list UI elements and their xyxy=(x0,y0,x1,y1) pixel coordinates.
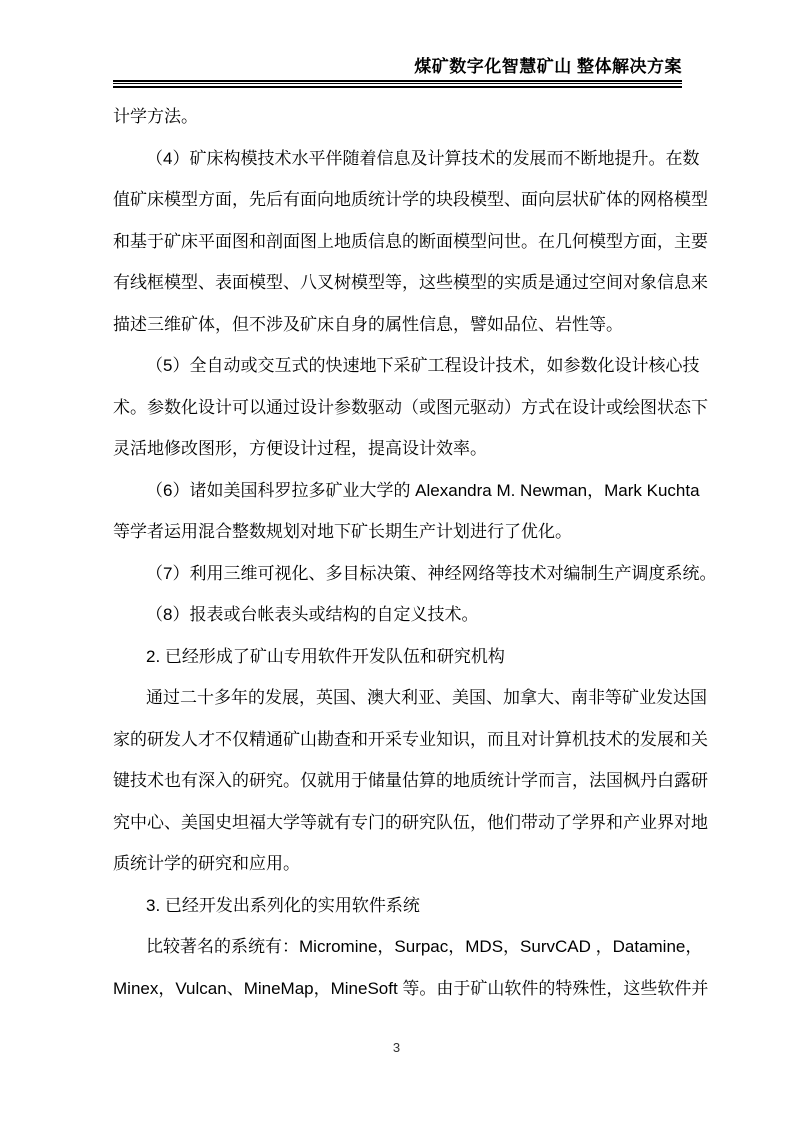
body-line: 键技术也有深入的研究。仅就用于储量估算的地质统计学而言，法国枫丹白露研 xyxy=(113,760,682,802)
body-line: 灵活地修改图形，方便设计过程，提高设计效率。 xyxy=(113,428,682,470)
body-line: 比较著名的系统有：Micromine，Surpac，MDS，SurvCAD ，D… xyxy=(113,926,682,968)
body-line: 计学方法。 xyxy=(113,96,682,138)
body-line: （7）利用三维可视化、多目标决策、神经网络等技术对编制生产调度系统。 xyxy=(113,553,682,595)
document-page: 煤矿数字化智慧矿山 整体解决方案 计学方法。（4）矿床构模技术水平伴随着信息及计… xyxy=(0,0,793,1122)
body-line: 2. 已经形成了矿山专用软件开发队伍和研究机构 xyxy=(113,636,682,678)
page-number: 3 xyxy=(393,1040,400,1055)
document-body: 计学方法。（4）矿床构模技术水平伴随着信息及计算技术的发展而不断地提升。在数值矿… xyxy=(113,96,682,1009)
body-line: 等学者运用混合整数规划对地下矿长期生产计划进行了优化。 xyxy=(113,511,682,553)
page-footer: 3 xyxy=(0,1040,793,1055)
body-line: （8）报表或台帐表头或结构的自定义技术。 xyxy=(113,594,682,636)
body-line: 值矿床模型方面，先后有面向地质统计学的块段模型、面向层状矿体的网格模型 xyxy=(113,179,682,221)
body-line: 质统计学的研究和应用。 xyxy=(113,843,682,885)
body-line: 术。参数化设计可以通过设计参数驱动（或图元驱动）方式在设计或绘图状态下 xyxy=(113,387,682,429)
body-line: 究中心、美国史坦福大学等就有专门的研究队伍，他们带动了学界和产业界对地 xyxy=(113,802,682,844)
body-line: 3. 已经开发出系列化的实用软件系统 xyxy=(113,885,682,927)
body-line: 有线框模型、表面模型、八叉树模型等，这些模型的实质是通过空间对象信息来 xyxy=(113,262,682,304)
body-line: （4）矿床构模技术水平伴随着信息及计算技术的发展而不断地提升。在数 xyxy=(113,138,682,180)
body-line: 家的研发人才不仅精通矿山勘查和开采专业知识，而且对计算机技术的发展和关 xyxy=(113,719,682,761)
body-line: （6）诸如美国科罗拉多矿业大学的 Alexandra M. Newman，Mar… xyxy=(113,470,682,512)
header-title: 煤矿数字化智慧矿山 整体解决方案 xyxy=(113,52,682,77)
body-line: 通过二十多年的发展，英国、澳大利亚、美国、加拿大、南非等矿业发达国 xyxy=(113,677,682,719)
body-line: （5）全自动或交互式的快速地下采矿工程设计技术，如参数化设计核心技 xyxy=(113,345,682,387)
body-line: Minex，Vulcan、MineMap，MineSoft 等。由于矿山软件的特… xyxy=(113,968,682,1010)
body-line: 和基于矿床平面图和剖面图上地质信息的断面模型问世。在几何模型方面，主要 xyxy=(113,221,682,263)
header-rule xyxy=(113,80,682,88)
body-line: 描述三维矿体，但不涉及矿床自身的属性信息，譬如品位、岩性等。 xyxy=(113,304,682,346)
